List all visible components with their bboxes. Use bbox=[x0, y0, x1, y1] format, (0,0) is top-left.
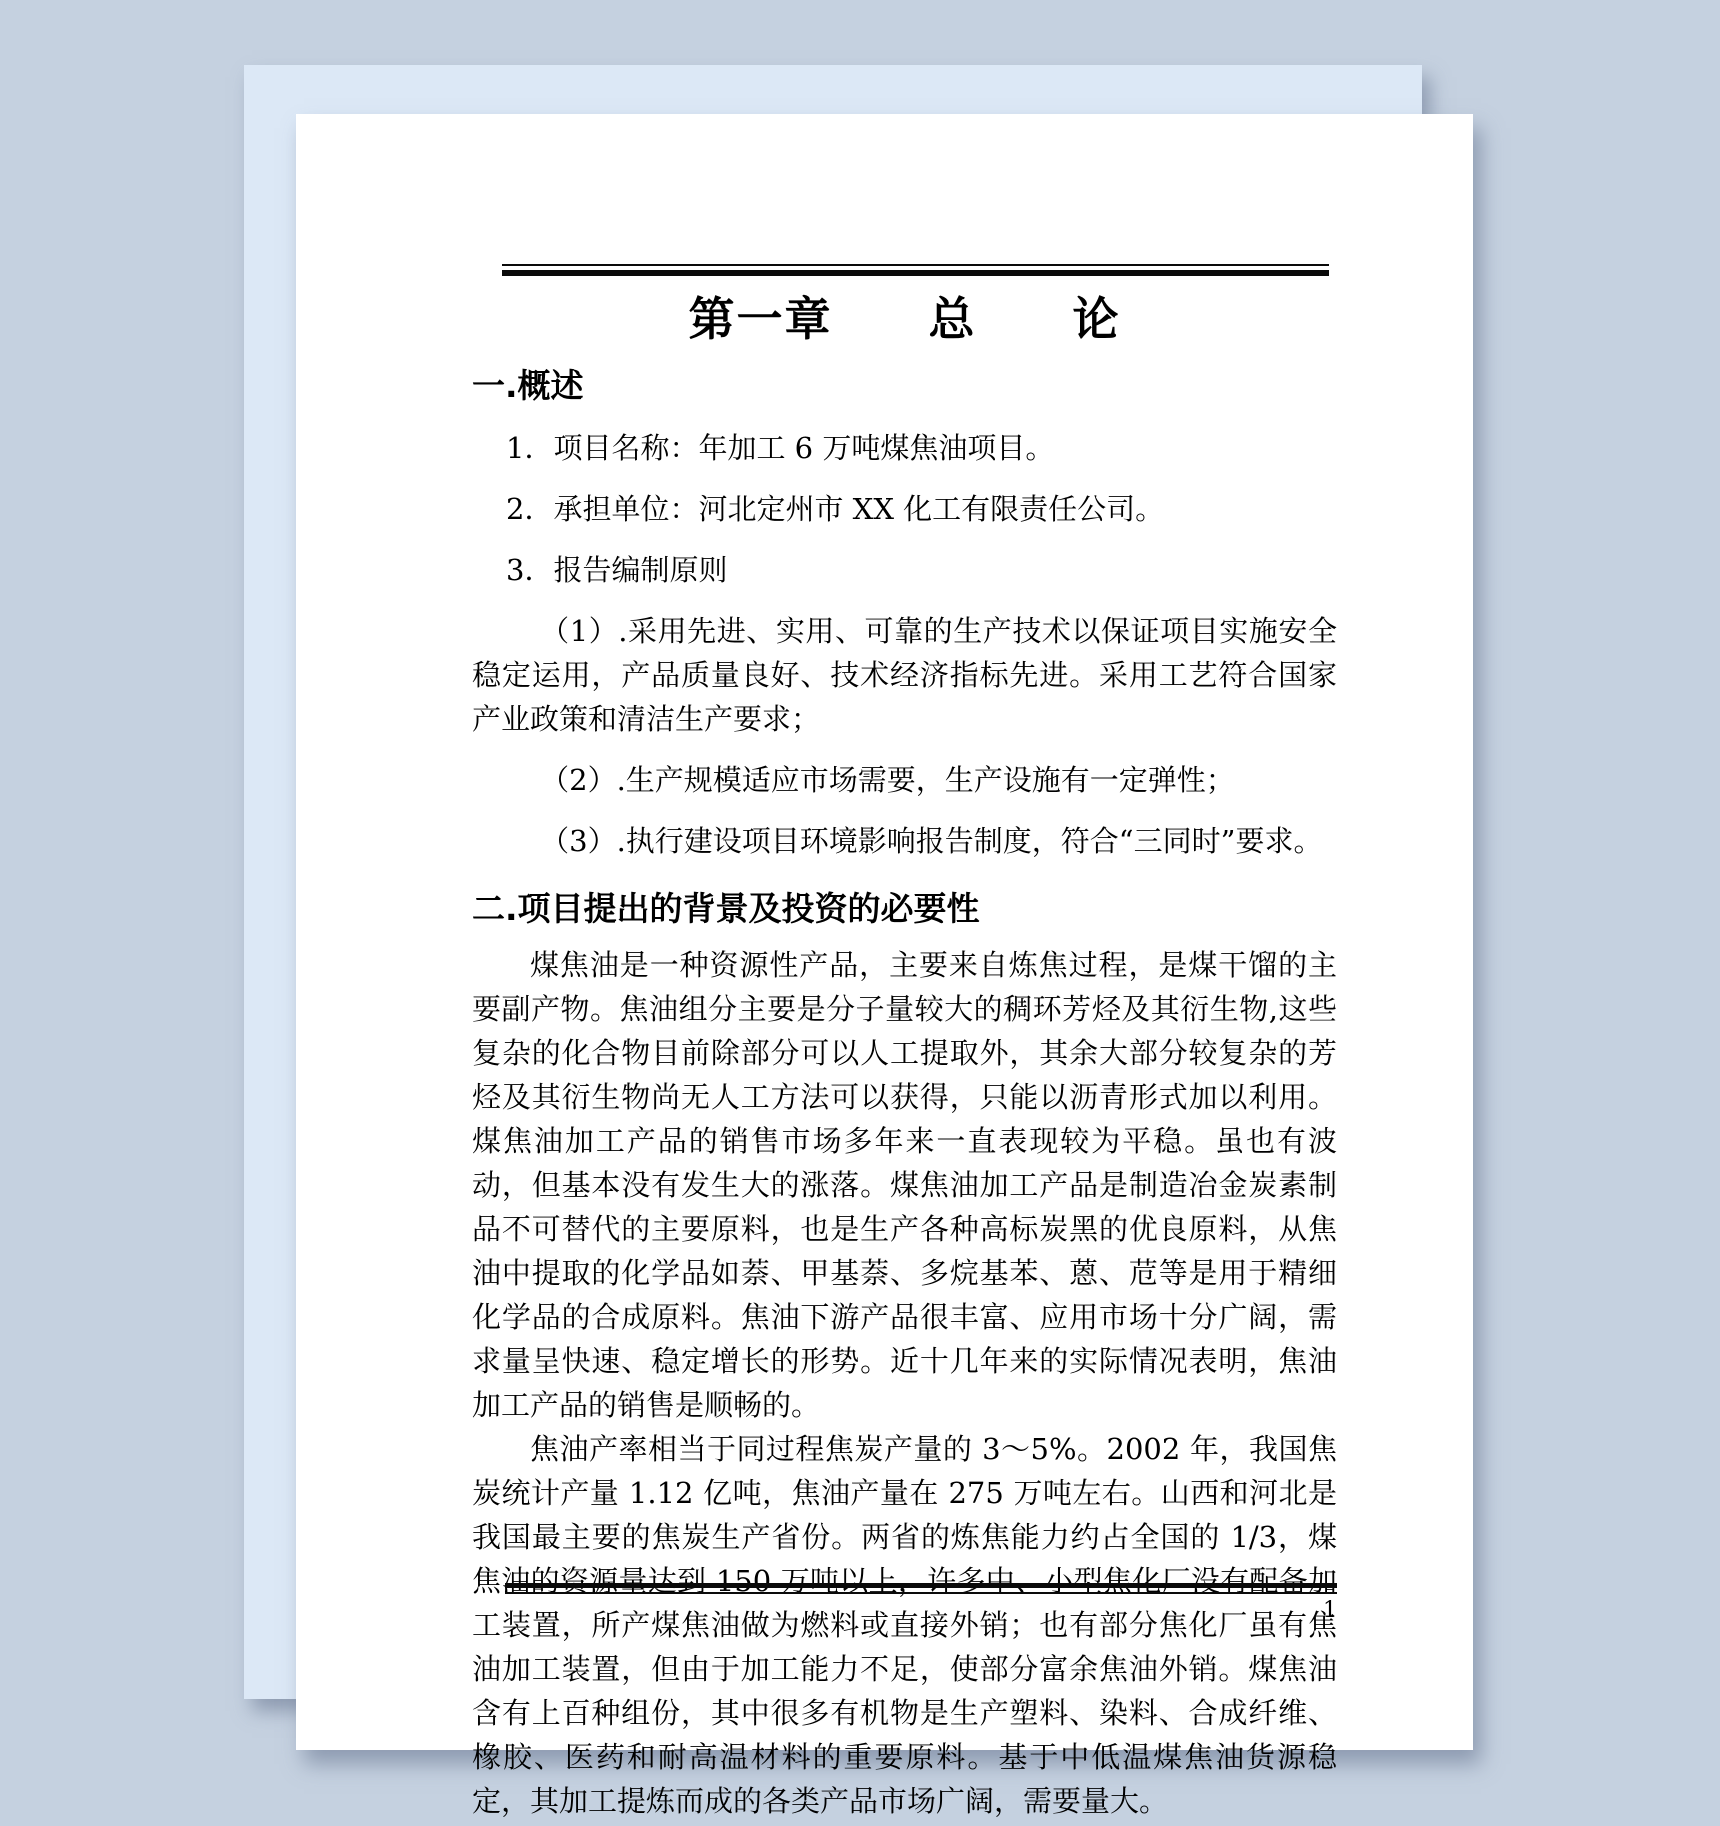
list-item-project-name: 1．项目名称：年加工 6 万吨煤焦油项目。 bbox=[472, 426, 1337, 470]
desktop-background: { "colors": { "canvas": "#c5d1e0", "back… bbox=[0, 0, 1720, 1826]
section-heading-overview: 一.概述 bbox=[472, 366, 1337, 406]
chapter-title: 第一章 总 论 bbox=[472, 290, 1337, 348]
sub-item-principle-2: （2）.生产规模适应市场需要，生产设施有一定弹性； bbox=[472, 758, 1337, 802]
page-number: 1 bbox=[505, 1598, 1337, 1624]
overview-list: 1．项目名称：年加工 6 万吨煤焦油项目。 2．承担单位：河北定州市 XX 化工… bbox=[472, 426, 1337, 863]
list-item-undertaker: 2．承担单位：河北定州市 XX 化工有限责任公司。 bbox=[472, 487, 1337, 531]
list-item-report-principles: 3．报告编制原则 bbox=[472, 548, 1337, 592]
section-heading-background: 二.项目提出的背景及投资的必要性 bbox=[472, 889, 1337, 929]
document-page: 第一章 总 论 一.概述 1．项目名称：年加工 6 万吨煤焦油项目。 2．承担单… bbox=[296, 114, 1473, 1750]
header-double-rule bbox=[502, 264, 1329, 276]
sub-item-principle-3: （3）.执行建设项目环境影响报告制度，符合“三同时”要求。 bbox=[472, 819, 1337, 863]
background-paragraph-1: 煤焦油是一种资源性产品，主要来自炼焦过程，是煤干馏的主要副产物。焦油组分主要是分… bbox=[472, 943, 1337, 1427]
background-paragraph-2: 焦油产率相当于同过程焦炭产量的 3～5%。2002 年，我国焦炭统计产量 1.1… bbox=[472, 1427, 1337, 1823]
page-content: 第一章 总 论 一.概述 1．项目名称：年加工 6 万吨煤焦油项目。 2．承担单… bbox=[472, 114, 1337, 1750]
sub-item-principle-1: （1）.采用先进、实用、可靠的生产技术以保证项目实施安全稳定运用，产品质量良好、… bbox=[472, 609, 1337, 741]
footer-double-rule bbox=[505, 1583, 1337, 1594]
background-body: 煤焦油是一种资源性产品，主要来自炼焦过程，是煤干馏的主要副产物。焦油组分主要是分… bbox=[472, 943, 1337, 1823]
